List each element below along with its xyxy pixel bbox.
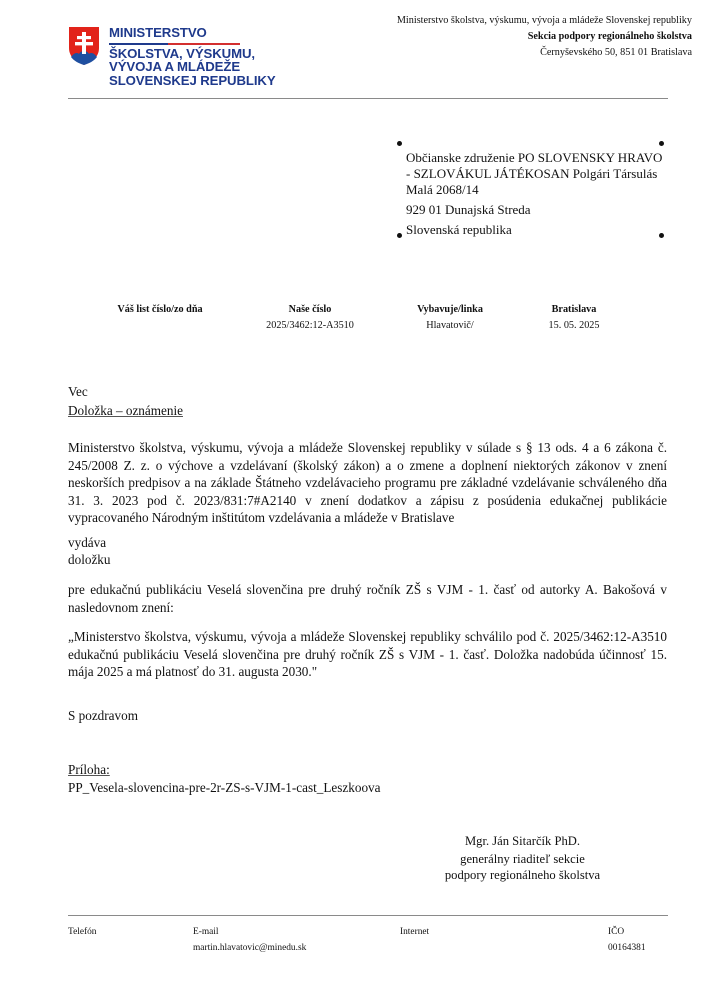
recipient-line-1: Občianske združenie PO SLOVENSKY HRAVO (406, 150, 696, 166)
ref-your-letter-label: Váš list číslo/zo dňa (100, 302, 220, 318)
body-clause: doložku (68, 551, 667, 569)
address-corner-mark (397, 233, 402, 238)
ref-our-number: Naše číslo 2025/3462:12-A3510 (250, 302, 370, 334)
signature-title-2: podpory regionálneho školstva (430, 866, 615, 884)
signature-block: Mgr. Ján Sitarčík PhD. generálny riadite… (430, 832, 615, 884)
attachment-label: Príloha: (68, 761, 667, 779)
footer-ico-label: IČO (608, 924, 646, 940)
sender-ministry: Ministerstvo školstva, výskumu, vývoja a… (362, 13, 692, 29)
slovak-coat-of-arms-icon (68, 26, 100, 66)
footer-phone-label: Telefón (68, 924, 97, 940)
attachment-value: PP_Vesela-slovencina-pre-2r-ZS-s-VJM-1-c… (68, 779, 667, 797)
header-divider (68, 98, 668, 99)
logo-separator (109, 43, 240, 45)
ref-our-number-label: Naše číslo (250, 302, 370, 318)
recipient-country: Slovenská republika (406, 222, 696, 238)
attachment-label-text: Príloha: (68, 762, 110, 777)
footer-phone: Telefón (68, 924, 97, 940)
sender-header: Ministerstvo školstva, výskumu, vývoja a… (362, 13, 692, 61)
subject-text: Doložka – oznámenie (68, 403, 183, 418)
ref-our-number-value: 2025/3462:12-A3510 (250, 318, 370, 334)
address-corner-mark (659, 141, 664, 146)
address-corner-mark (397, 141, 402, 146)
footer-email-label: E-mail (193, 924, 306, 940)
ministry-logo (68, 26, 100, 70)
closing: S pozdravom (68, 707, 667, 725)
recipient-address: Občianske združenie PO SLOVENSKY HRAVO -… (406, 150, 696, 238)
logo-line-2: ŠKOLSTVA, VÝSKUMU, (109, 47, 276, 61)
ref-your-letter: Váš list číslo/zo dňa (100, 302, 220, 318)
footer-email-value[interactable]: martin.hlavatovic@minedu.sk (193, 940, 306, 956)
body-quote: „Ministerstvo školstva, výskumu, vývoja … (68, 628, 667, 681)
footer-internet: Internet (400, 924, 429, 940)
subject-label: Vec (68, 383, 667, 401)
ref-date-value: 15. 05. 2025 (530, 318, 618, 334)
recipient-city: 929 01 Dunajská Streda (406, 202, 696, 218)
sender-address: Černyševského 50, 851 01 Bratislava (362, 45, 692, 61)
recipient-street: Malá 2068/14 (406, 182, 696, 198)
footer-ico-value: 00164381 (608, 940, 646, 956)
footer-email: E-mail martin.hlavatovic@minedu.sk (193, 924, 306, 956)
logo-line-4: SLOVENSKEJ REPUBLIKY (109, 74, 276, 88)
footer-ico: IČO 00164381 (608, 924, 646, 956)
body-paragraph-2: pre edukačnú publikáciu Veselá slovenčin… (68, 581, 667, 616)
sender-section: Sekcia podpory regionálneho školstva (362, 29, 692, 45)
footer-internet-label: Internet (400, 924, 429, 940)
subject-value: Doložka – oznámenie (68, 402, 667, 420)
ref-handled-by-value: Hlavatovič/ (395, 318, 505, 334)
recipient-line-2: - SZLOVÁKUL JÁTÉKOSAN Polgári Társulás (406, 166, 696, 182)
ref-handled-by-label: Vybavuje/linka (395, 302, 505, 318)
ministry-logo-text: MINISTERSTVO ŠKOLSTVA, VÝSKUMU, VÝVOJA A… (109, 26, 276, 87)
body-issues: vydáva (68, 534, 667, 552)
logo-line-3: VÝVOJA A MLÁDEŽE (109, 60, 276, 74)
body-paragraph-1: Ministerstvo školstva, výskumu, vývoja a… (68, 439, 667, 527)
logo-line-1: MINISTERSTVO (109, 26, 276, 42)
ref-handled-by: Vybavuje/linka Hlavatovič/ (395, 302, 505, 334)
ref-place-label: Bratislava (530, 302, 618, 318)
ref-place-date: Bratislava 15. 05. 2025 (530, 302, 618, 334)
signature-name: Mgr. Ján Sitarčík PhD. (430, 832, 615, 850)
footer-divider (68, 915, 668, 916)
